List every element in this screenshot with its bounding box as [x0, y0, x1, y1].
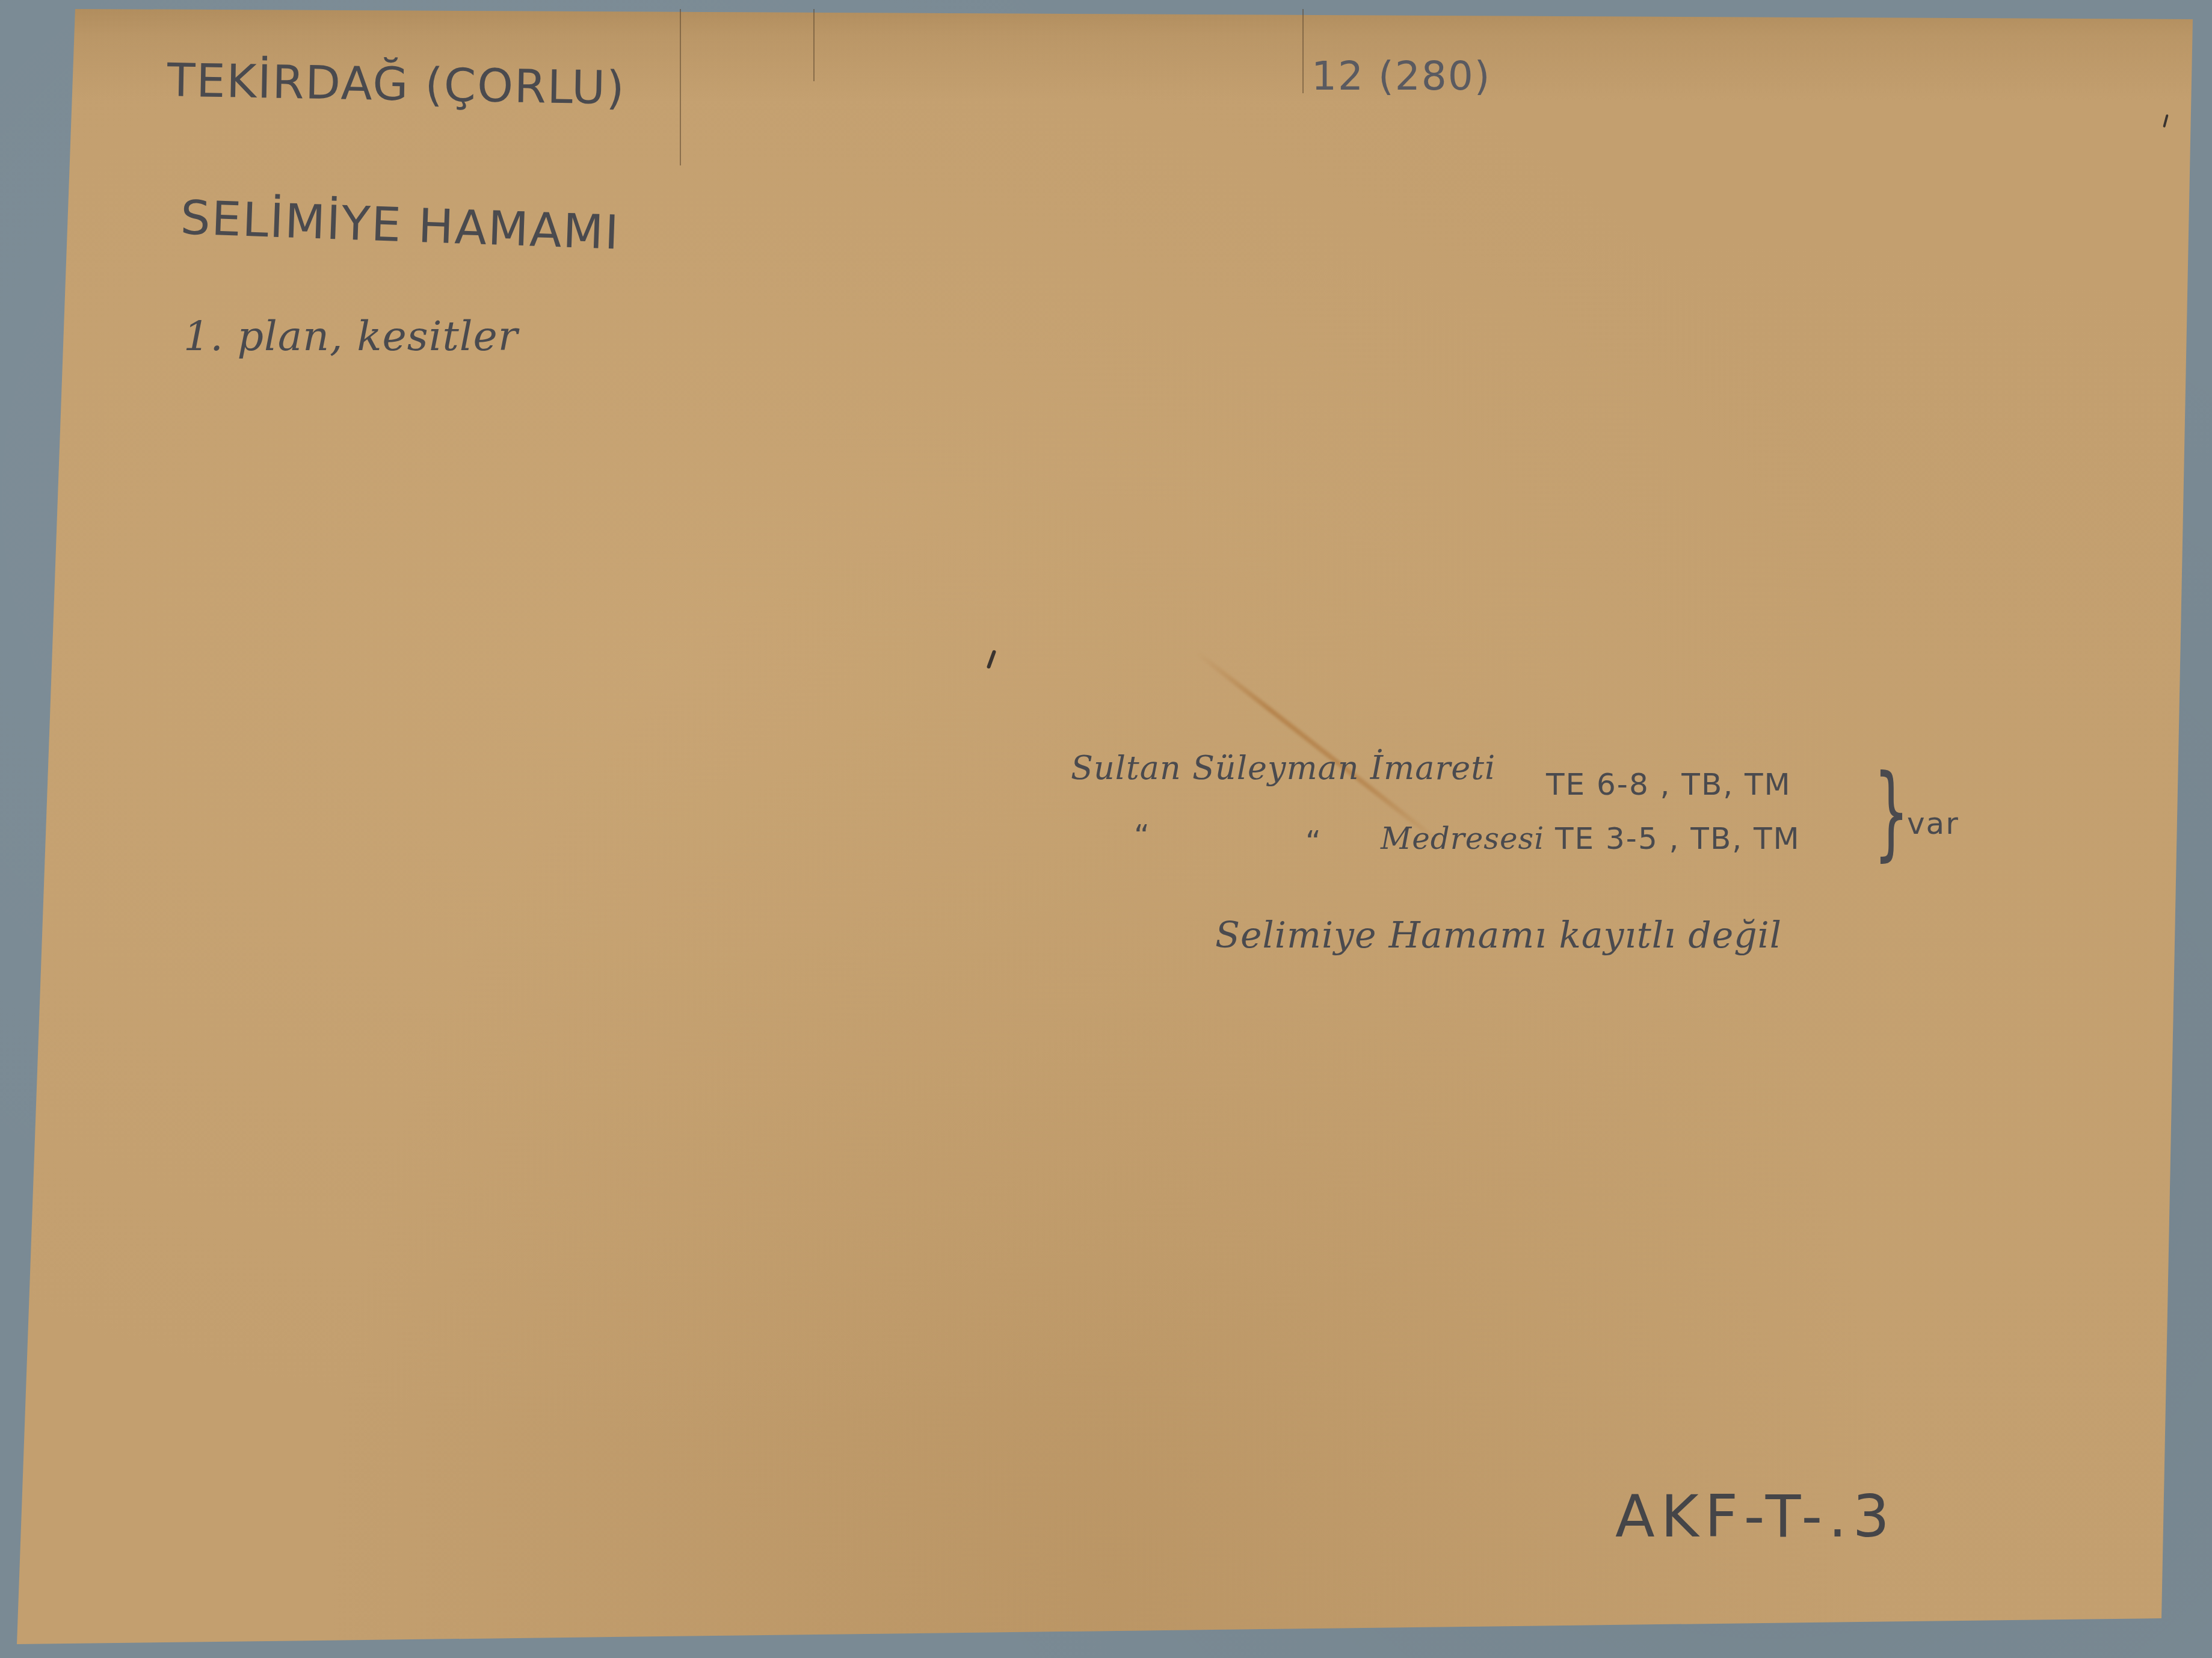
- record-codes-medrese: TE 3-5 , TB, TM: [1555, 821, 1801, 856]
- envelope-cut-line: [813, 9, 815, 81]
- record-codes-imaret: TE 6-8 , TB, TM: [1546, 767, 1791, 802]
- location-heading: TEKİRDAĞ (ÇORLU): [167, 53, 626, 114]
- envelope-cut-line: [680, 9, 681, 165]
- archive-code: AKF-T-.3: [1615, 1483, 1896, 1550]
- ditto-mark: “: [1305, 824, 1322, 859]
- envelope-cut-line: [1302, 9, 1304, 93]
- remark-note: Selimiye Hamamı kayıtlı değil: [1215, 914, 1782, 957]
- subject-contents: 1. plan, kesitler: [183, 313, 518, 360]
- reference-number: 12 (280): [1311, 53, 1491, 99]
- record-name-imaret: Sultan Süleyman İmareti: [1071, 749, 1496, 787]
- record-name-medrese: Medresesi: [1381, 821, 1544, 856]
- record-status: var: [1907, 806, 1959, 841]
- ditto-mark: “: [1134, 818, 1151, 853]
- grouping-brace: }: [1873, 761, 1909, 863]
